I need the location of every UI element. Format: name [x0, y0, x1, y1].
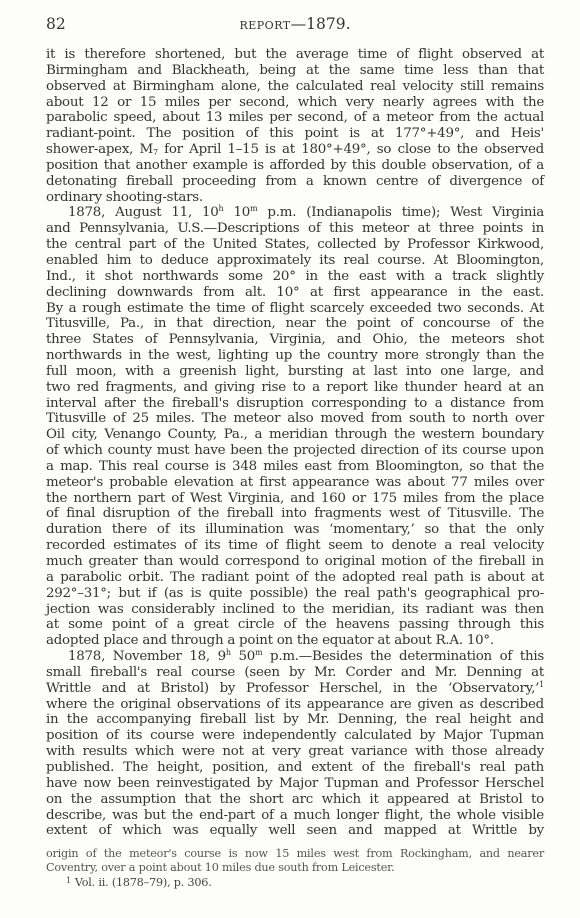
running-title-smallcaps: REPORT — [239, 19, 290, 32]
text-line: parabolic speed, about 13 miles per seco… — [46, 110, 544, 126]
paragraph-start-line: 1878, August 11, 10h 10m p.m. (Indianapo… — [46, 205, 544, 221]
text-line: published. The height, position, and ext… — [46, 760, 544, 776]
text-line: northwards in the west, lighting up the … — [46, 348, 544, 364]
text-fragment: shower-apex, M — [46, 142, 153, 157]
text-line: describe, was but the end-part of a much… — [46, 808, 544, 824]
text-line: on the assumption that the short arc whi… — [46, 792, 544, 808]
text-line: and Pennsylvania, U.S.—Descriptions of t… — [46, 221, 544, 237]
text-fragment: Writtle and at Bristol) by Professor Her… — [46, 681, 539, 696]
text-line: observed at Birmingham alone, the calcul… — [46, 79, 544, 95]
text-line: it is therefore shortened, but the avera… — [46, 47, 544, 63]
running-title-year: —1879. — [291, 15, 351, 33]
text-line: two red fragments, and giving rise to a … — [46, 380, 544, 396]
text-line: three States of Pennsylvania, Virginia, … — [46, 332, 544, 348]
text-line: meteor's probable elevation at first app… — [46, 475, 544, 491]
text-line: Writtle and at Bristol) by Professor Her… — [46, 681, 544, 697]
text-line: in the accompanying fireball list by Mr.… — [46, 712, 544, 728]
text-line: Birmingham and Blackheath, being at the … — [46, 63, 544, 79]
text-fragment: 10 — [223, 205, 250, 220]
text-line: 292°–31°; but if (as is quite possible) … — [46, 586, 544, 602]
text-fragment: 1878, November 18, 9 — [68, 649, 226, 664]
text-fragment: p.m.—Besides the determination of this — [262, 649, 544, 664]
footnotes: origin of the meteor's course is now 15 … — [46, 847, 544, 888]
text-line: declining downwards from alt. 10° at fir… — [46, 285, 544, 301]
text-line: the northern part of West Virginia, and … — [46, 491, 544, 507]
text-fragment: 1878, August 11, 10 — [68, 205, 219, 220]
text-line: full moon, with a greenish light, bursti… — [46, 364, 544, 380]
text-line: much greater than would correspond to or… — [46, 554, 544, 570]
text-line: small fireball's real course (seen by Mr… — [46, 665, 544, 681]
footnote-mark: 1 — [66, 876, 71, 885]
text-line: enabled him to deduce approximately its … — [46, 253, 544, 269]
text-line: with results which were not at very grea… — [46, 744, 544, 760]
text-line: where the original observations of its a… — [46, 697, 544, 713]
text-fragment: 50 — [231, 649, 255, 664]
text-line: interval after the fireball's disruption… — [46, 396, 544, 412]
text-line: a map. This real course is 348 miles eas… — [46, 459, 544, 475]
text-line: Ind., it shot northwards some 20° in the… — [46, 269, 544, 285]
text-line: of final disruption of the fireball into… — [46, 506, 544, 522]
body-text: it is therefore shortened, but the avera… — [46, 47, 544, 839]
text-fragment: for April 1–15 is at 180°+49°, so close … — [158, 142, 544, 157]
text-line: duration there of its illumination was ‘… — [46, 522, 544, 538]
footnote-continued-line: Coventry, over a point about 10 miles du… — [46, 861, 544, 875]
text-line: ordinary shooting-stars. — [46, 190, 544, 206]
text-fragment: p.m. (Indianapolis time); West Virginia — [257, 205, 544, 220]
footnote-text: Vol. ii. (1878–79), p. 306. — [75, 876, 212, 889]
text-line: shower-apex, M7 for April 1–15 is at 180… — [46, 142, 544, 158]
footnote-continued-line: origin of the meteor's course is now 15 … — [46, 847, 544, 861]
text-line: Titusville, Pa., in that direction, near… — [46, 316, 544, 332]
text-line: position that another example is afforde… — [46, 158, 544, 174]
running-header: 82 REPORT—1879. — [46, 15, 544, 35]
text-line: Titusville of 25 miles. The meteor also … — [46, 411, 544, 427]
document-page: 82 REPORT—1879. it is therefore shortene… — [0, 0, 580, 918]
text-line: of which county must have been the proje… — [46, 443, 544, 459]
footnote-1: 1Vol. ii. (1878–79), p. 306. — [46, 874, 544, 888]
text-line: radiant-point. The position of this poin… — [46, 126, 544, 142]
text-line: extent of which was equally well seen an… — [46, 823, 544, 839]
text-line: recorded estimates of its time of flight… — [46, 538, 544, 554]
text-line: By a rough estimate the time of flight s… — [46, 301, 544, 317]
text-line: Oil city, Venango County, Pa., a meridia… — [46, 427, 544, 443]
paragraph-start-line: 1878, November 18, 9h 50m p.m.—Besides t… — [46, 649, 544, 665]
text-line: a parabolic orbit. The radiant point of … — [46, 570, 544, 586]
text-line: at some point of a great circle of the h… — [46, 617, 544, 633]
text-line: jection was considerably inclined to the… — [46, 602, 544, 618]
text-line: about 12 or 15 miles per second, which v… — [46, 95, 544, 111]
text-line: have now been reinvestigated by Major Tu… — [46, 776, 544, 792]
running-title: REPORT—1879. — [46, 15, 544, 33]
text-line: the central part of the United States, c… — [46, 237, 544, 253]
footnote-reference: 1 — [539, 680, 544, 689]
text-line: detonating fireball proceeding from a kn… — [46, 174, 544, 190]
text-line: adopted place and through a point on the… — [46, 633, 544, 649]
text-line: position of its course were independentl… — [46, 728, 544, 744]
